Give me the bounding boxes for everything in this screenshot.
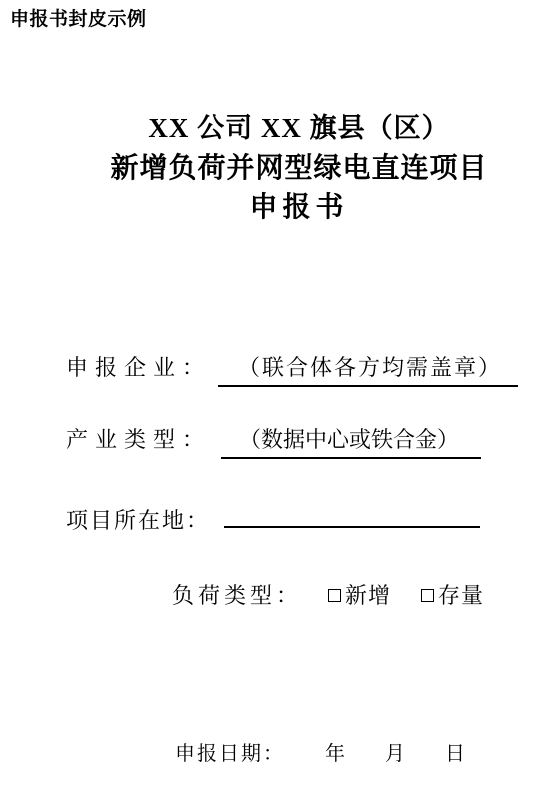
checkbox-existing-icon <box>421 589 434 602</box>
applicant-field[interactable]: （联合体各方均需盖章） <box>218 351 518 387</box>
date-unit-month: 月 <box>385 737 405 766</box>
industry-field[interactable]: （数据中心或铁合金） <box>221 423 481 459</box>
applicant-label: 申报企业： <box>66 351 211 382</box>
document-page: 申报书封皮示例 XX 公司 XX 旗县（区） 新增负荷并网型绿电直连项目 申报书… <box>0 0 538 794</box>
load-type-option-existing[interactable]: 存量 <box>421 579 484 610</box>
title-line-project: 新增负荷并网型绿电直连项目 <box>60 148 538 187</box>
checkbox-new-icon <box>328 589 341 602</box>
load-type-option-existing-label: 存量 <box>438 583 484 608</box>
load-type-option-new[interactable]: 新增 <box>328 579 391 610</box>
load-type-option-new-label: 新增 <box>345 583 391 608</box>
date-unit-day: 日 <box>445 737 465 766</box>
title-line-application: 申报书 <box>60 187 538 226</box>
title-line-company: XX 公司 XX 旗县（区） <box>60 108 538 148</box>
doc-type-label: 申报书封皮示例 <box>10 4 147 31</box>
location-field[interactable] <box>224 523 480 528</box>
date-row: 申报日期： 年 月 日 <box>175 737 465 766</box>
applicant-row: 申报企业： （联合体各方均需盖章） <box>66 351 518 387</box>
project-title: XX 公司 XX 旗县（区） 新增负荷并网型绿电直连项目 申报书 <box>60 108 538 226</box>
load-type-row: 负荷类型： 新增 存量 <box>172 579 484 610</box>
industry-row: 产业类型： （数据中心或铁合金） <box>66 423 481 459</box>
industry-label: 产业类型： <box>66 423 211 454</box>
date-label: 申报日期： <box>175 737 285 766</box>
location-label: 项目所在地： <box>66 504 210 535</box>
date-unit-year: 年 <box>325 737 345 766</box>
load-type-label: 负荷类型： <box>172 579 302 610</box>
location-row: 项目所在地： <box>66 504 480 535</box>
